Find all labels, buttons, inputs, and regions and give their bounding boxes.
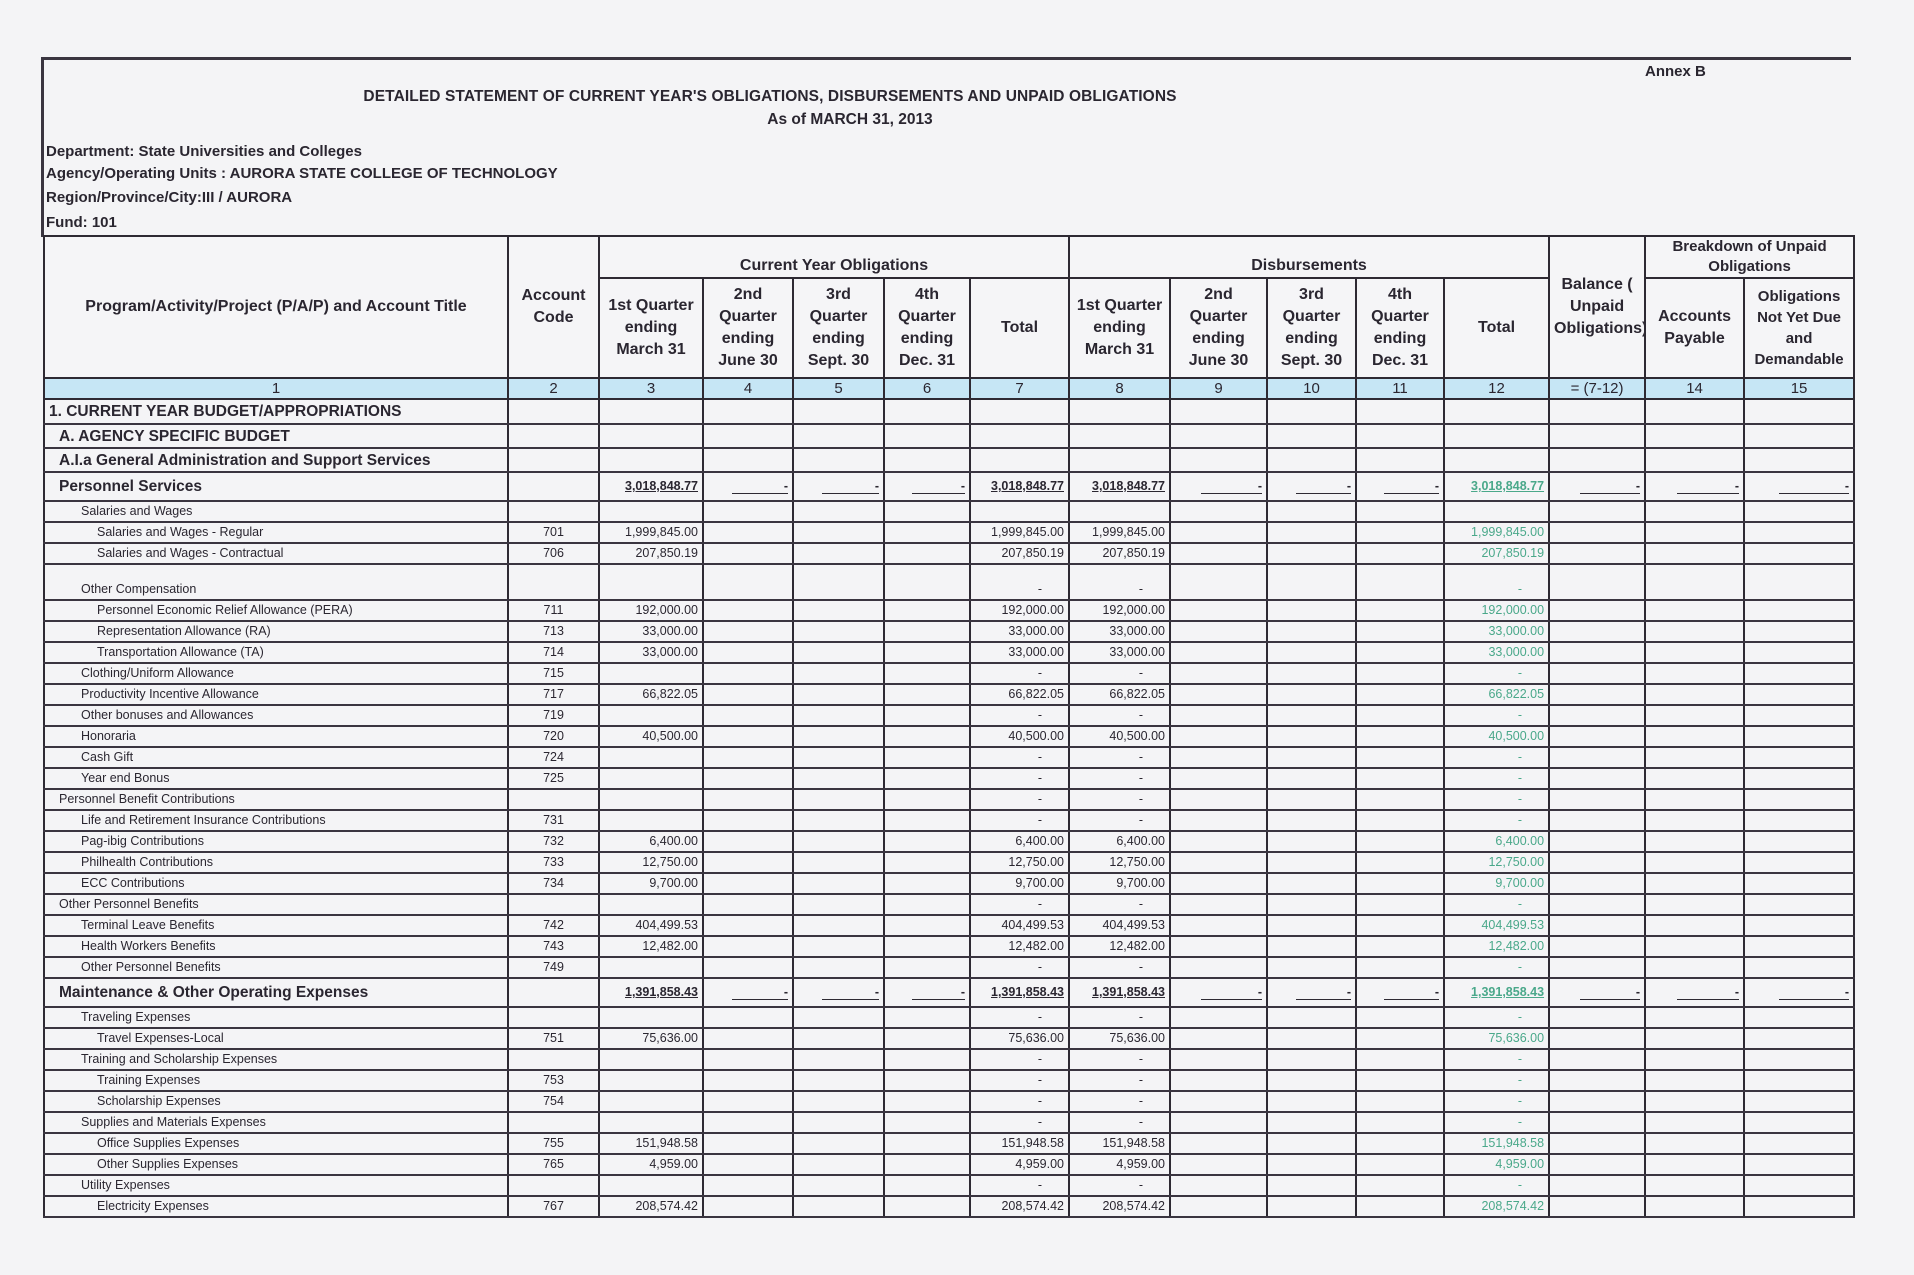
cell-col-3: 151,948.58 — [599, 1133, 703, 1154]
account-title: Utility Expenses — [44, 1175, 508, 1196]
column-number: 14 — [1645, 378, 1744, 399]
cell-col-15 — [1744, 501, 1854, 522]
cell-col-12: - — [1444, 663, 1549, 684]
cell-col-6 — [884, 684, 970, 705]
cell-col-4 — [703, 399, 793, 424]
account-code: 755 — [508, 1133, 599, 1154]
cell-col-9: - — [1170, 978, 1267, 1007]
cell-col-11 — [1356, 448, 1444, 472]
account-title: Training Expenses — [44, 1070, 508, 1091]
cell-col-9 — [1170, 564, 1267, 600]
cell-col-7: 9,700.00 — [970, 873, 1069, 894]
column-number: 8 — [1069, 378, 1170, 399]
account-title: Pag-ibig Contributions — [44, 831, 508, 852]
account-code: 725 — [508, 768, 599, 789]
cell-col-14 — [1645, 642, 1744, 663]
cell-col-15 — [1744, 1112, 1854, 1133]
cell-col-9 — [1170, 810, 1267, 831]
account-code: 713 — [508, 621, 599, 642]
cell-col-3: 404,499.53 — [599, 915, 703, 936]
left-frame-rule — [41, 57, 44, 237]
account-title: A. AGENCY SPECIFIC BUDGET — [44, 424, 508, 448]
cell-col-8: 207,850.19 — [1069, 543, 1170, 564]
cell-col-13 — [1549, 642, 1645, 663]
cell-col-15 — [1744, 873, 1854, 894]
cell-col-10 — [1267, 448, 1356, 472]
cell-col-10 — [1267, 1112, 1356, 1133]
header-not-yet-due: Obligations Not Yet Due and Demandable — [1744, 278, 1854, 378]
cell-col-4 — [703, 873, 793, 894]
cell-col-12: 4,959.00 — [1444, 1154, 1549, 1175]
cell-col-14 — [1645, 768, 1744, 789]
account-title: Transportation Allowance (TA) — [44, 642, 508, 663]
cell-col-6: - — [884, 978, 970, 1007]
cell-col-12: - — [1444, 1112, 1549, 1133]
cell-col-3 — [599, 564, 703, 600]
cell-col-5: - — [793, 472, 884, 501]
cell-col-4: - — [703, 978, 793, 1007]
account-code: 717 — [508, 684, 599, 705]
table-row: Cash Gift724--- — [44, 747, 1854, 768]
cell-col-10: - — [1267, 978, 1356, 1007]
cell-col-15: - — [1744, 978, 1854, 1007]
cell-col-4 — [703, 1070, 793, 1091]
cell-col-8: 33,000.00 — [1069, 621, 1170, 642]
document-date: As of MARCH 31, 2013 — [0, 111, 1700, 129]
table-row: Training and Scholarship Expenses--- — [44, 1049, 1854, 1070]
account-title: Personnel Services — [44, 472, 508, 501]
cell-col-11 — [1356, 789, 1444, 810]
header-disb-total: Total — [1444, 278, 1549, 378]
cell-col-14 — [1645, 1175, 1744, 1196]
cell-col-4 — [703, 522, 793, 543]
cell-col-12: - — [1444, 1091, 1549, 1112]
cell-col-8: 1,999,845.00 — [1069, 522, 1170, 543]
cell-col-7: - — [970, 894, 1069, 915]
cell-col-14 — [1645, 915, 1744, 936]
table-row: ECC Contributions7349,700.009,700.009,70… — [44, 873, 1854, 894]
cell-col-6 — [884, 1007, 970, 1028]
cell-col-3 — [599, 705, 703, 726]
cell-col-6 — [884, 1196, 970, 1217]
account-code — [508, 1112, 599, 1133]
nil-dash: - — [822, 479, 879, 494]
table-row: Personnel Services3,018,848.77---3,018,8… — [44, 472, 1854, 501]
cell-col-14 — [1645, 399, 1744, 424]
cell-col-7: 1,391,858.43 — [970, 978, 1069, 1007]
cell-col-15 — [1744, 1007, 1854, 1028]
cell-col-12: - — [1444, 957, 1549, 978]
cell-col-15 — [1744, 424, 1854, 448]
cell-col-12: - — [1444, 1175, 1549, 1196]
cell-col-4 — [703, 1175, 793, 1196]
cell-col-5 — [793, 1154, 884, 1175]
cell-col-11 — [1356, 1028, 1444, 1049]
cell-col-14 — [1645, 1091, 1744, 1112]
cell-col-11 — [1356, 424, 1444, 448]
cell-col-12: 75,636.00 — [1444, 1028, 1549, 1049]
account-code — [508, 399, 599, 424]
statement-table: Program/Activity/Project (P/A/P) and Acc… — [43, 235, 1855, 1218]
cell-col-8 — [1069, 424, 1170, 448]
cell-col-4 — [703, 448, 793, 472]
account-code: 719 — [508, 705, 599, 726]
cell-col-13 — [1549, 564, 1645, 600]
column-number: 3 — [599, 378, 703, 399]
cell-col-13 — [1549, 600, 1645, 621]
cell-col-12: - — [1444, 705, 1549, 726]
account-code: 732 — [508, 831, 599, 852]
cell-col-7: - — [970, 663, 1069, 684]
cell-col-14 — [1645, 448, 1744, 472]
cell-col-9 — [1170, 936, 1267, 957]
cell-col-14: - — [1645, 978, 1744, 1007]
statement-body: 1. CURRENT YEAR BUDGET/APPROPRIATIONSA. … — [44, 399, 1854, 1217]
cell-col-7 — [970, 501, 1069, 522]
cell-col-12: 192,000.00 — [1444, 600, 1549, 621]
account-title: Traveling Expenses — [44, 1007, 508, 1028]
cell-col-10: - — [1267, 472, 1356, 501]
cell-col-8: 40,500.00 — [1069, 726, 1170, 747]
cell-col-12 — [1444, 501, 1549, 522]
cell-col-7: 3,018,848.77 — [970, 472, 1069, 501]
header-disb-q1: 1st Quarter ending March 31 — [1069, 278, 1170, 378]
cell-col-10 — [1267, 564, 1356, 600]
cell-col-4 — [703, 424, 793, 448]
account-title: Other Personnel Benefits — [44, 957, 508, 978]
cell-col-11: - — [1356, 472, 1444, 501]
account-title: Maintenance & Other Operating Expenses — [44, 978, 508, 1007]
cell-col-7: - — [970, 747, 1069, 768]
cell-col-14 — [1645, 705, 1744, 726]
cell-col-12: 33,000.00 — [1444, 621, 1549, 642]
cell-col-9 — [1170, 705, 1267, 726]
cell-col-10 — [1267, 522, 1356, 543]
account-code — [508, 448, 599, 472]
cell-col-5 — [793, 705, 884, 726]
cell-col-4 — [703, 1091, 793, 1112]
table-row: Training Expenses753--- — [44, 1070, 1854, 1091]
cell-col-5 — [793, 726, 884, 747]
cell-col-5: - — [793, 978, 884, 1007]
cell-col-3: 33,000.00 — [599, 642, 703, 663]
cell-col-15 — [1744, 768, 1854, 789]
cell-col-11 — [1356, 1133, 1444, 1154]
table-row: Personnel Benefit Contributions--- — [44, 789, 1854, 810]
cell-col-6 — [884, 621, 970, 642]
cell-col-12: 9,700.00 — [1444, 873, 1549, 894]
cell-col-9 — [1170, 831, 1267, 852]
cell-col-15 — [1744, 1175, 1854, 1196]
cell-col-3: 3,018,848.77 — [599, 472, 703, 501]
cell-col-7: 33,000.00 — [970, 642, 1069, 663]
column-number: 2 — [508, 378, 599, 399]
cell-col-12: - — [1444, 810, 1549, 831]
cell-col-10 — [1267, 705, 1356, 726]
cell-col-14 — [1645, 501, 1744, 522]
cell-col-8: - — [1069, 663, 1170, 684]
cell-col-4 — [703, 663, 793, 684]
nil-dash: - — [1384, 985, 1439, 1000]
cell-col-13 — [1549, 1154, 1645, 1175]
cell-col-7: - — [970, 1070, 1069, 1091]
account-title: A.I.a General Administration and Support… — [44, 448, 508, 472]
cell-col-9 — [1170, 621, 1267, 642]
cell-col-14 — [1645, 726, 1744, 747]
column-number: 1 — [44, 378, 508, 399]
cell-col-10 — [1267, 810, 1356, 831]
cell-col-4 — [703, 957, 793, 978]
cell-col-4 — [703, 501, 793, 522]
table-row: 1. CURRENT YEAR BUDGET/APPROPRIATIONS — [44, 399, 1854, 424]
header-obl-q1: 1st Quarter ending March 31 — [599, 278, 703, 378]
cell-col-14 — [1645, 1007, 1744, 1028]
cell-col-3: 12,750.00 — [599, 852, 703, 873]
cell-col-12: 40,500.00 — [1444, 726, 1549, 747]
cell-col-6 — [884, 399, 970, 424]
cell-col-7: 12,750.00 — [970, 852, 1069, 873]
cell-col-4 — [703, 600, 793, 621]
cell-col-11 — [1356, 873, 1444, 894]
agency-line: Agency/Operating Units : AURORA STATE CO… — [46, 165, 558, 182]
cell-col-8: 3,018,848.77 — [1069, 472, 1170, 501]
cell-col-15: - — [1744, 472, 1854, 501]
account-code: 742 — [508, 915, 599, 936]
cell-col-4 — [703, 726, 793, 747]
cell-col-8: 66,822.05 — [1069, 684, 1170, 705]
cell-col-4 — [703, 852, 793, 873]
cell-col-3 — [599, 1112, 703, 1133]
nil-dash: - — [732, 479, 788, 494]
cell-col-4 — [703, 789, 793, 810]
cell-col-8: 6,400.00 — [1069, 831, 1170, 852]
account-title: Personnel Economic Relief Allowance (PER… — [44, 600, 508, 621]
cell-col-5 — [793, 894, 884, 915]
cell-col-13 — [1549, 1007, 1645, 1028]
cell-col-9 — [1170, 1028, 1267, 1049]
cell-col-5 — [793, 424, 884, 448]
cell-col-11 — [1356, 399, 1444, 424]
cell-col-4 — [703, 1112, 793, 1133]
account-code: 714 — [508, 642, 599, 663]
cell-col-5 — [793, 684, 884, 705]
account-code: 749 — [508, 957, 599, 978]
cell-col-6 — [884, 564, 970, 600]
cell-col-10 — [1267, 600, 1356, 621]
cell-col-4 — [703, 564, 793, 600]
header-obl-total: Total — [970, 278, 1069, 378]
cell-col-11 — [1356, 894, 1444, 915]
account-code: 765 — [508, 1154, 599, 1175]
column-number: 11 — [1356, 378, 1444, 399]
nil-dash: - — [1296, 985, 1351, 1000]
cell-col-10 — [1267, 726, 1356, 747]
account-code: 743 — [508, 936, 599, 957]
cell-col-5 — [793, 1112, 884, 1133]
cell-col-11 — [1356, 684, 1444, 705]
cell-col-10 — [1267, 621, 1356, 642]
cell-col-3 — [599, 501, 703, 522]
cell-col-9 — [1170, 1049, 1267, 1070]
cell-col-8: - — [1069, 1091, 1170, 1112]
cell-col-7: - — [970, 789, 1069, 810]
cell-col-13 — [1549, 1070, 1645, 1091]
cell-col-6 — [884, 600, 970, 621]
cell-col-12: 33,000.00 — [1444, 642, 1549, 663]
cell-col-13 — [1549, 1175, 1645, 1196]
cell-col-8: - — [1069, 1049, 1170, 1070]
cell-col-5 — [793, 600, 884, 621]
cell-col-5 — [793, 957, 884, 978]
cell-col-9 — [1170, 448, 1267, 472]
cell-col-14 — [1645, 1049, 1744, 1070]
account-code: 724 — [508, 747, 599, 768]
cell-col-14 — [1645, 957, 1744, 978]
cell-col-8: - — [1069, 957, 1170, 978]
nil-dash: - — [1779, 985, 1849, 1000]
cell-col-4 — [703, 705, 793, 726]
cell-col-13 — [1549, 1028, 1645, 1049]
cell-col-15 — [1744, 1133, 1854, 1154]
account-code — [508, 978, 599, 1007]
cell-col-12: 1,999,845.00 — [1444, 522, 1549, 543]
cell-col-13 — [1549, 705, 1645, 726]
account-code: 753 — [508, 1070, 599, 1091]
cell-col-14 — [1645, 1154, 1744, 1175]
cell-col-12: - — [1444, 1049, 1549, 1070]
cell-col-5 — [793, 936, 884, 957]
cell-col-4 — [703, 1049, 793, 1070]
cell-col-6 — [884, 1112, 970, 1133]
cell-col-5 — [793, 915, 884, 936]
column-number: 5 — [793, 378, 884, 399]
cell-col-15 — [1744, 1028, 1854, 1049]
cell-col-9 — [1170, 1133, 1267, 1154]
cell-col-5 — [793, 873, 884, 894]
column-number: 7 — [970, 378, 1069, 399]
cell-col-7: 208,574.42 — [970, 1196, 1069, 1217]
cell-col-3: 4,959.00 — [599, 1154, 703, 1175]
cell-col-5 — [793, 399, 884, 424]
cell-col-13 — [1549, 663, 1645, 684]
cell-col-9 — [1170, 852, 1267, 873]
column-number: 9 — [1170, 378, 1267, 399]
cell-col-7: - — [970, 1049, 1069, 1070]
nil-dash: - — [1201, 479, 1262, 494]
cell-col-5 — [793, 663, 884, 684]
cell-col-8: - — [1069, 789, 1170, 810]
cell-col-8: - — [1069, 1112, 1170, 1133]
cell-col-11 — [1356, 810, 1444, 831]
account-code — [508, 424, 599, 448]
cell-col-10 — [1267, 894, 1356, 915]
cell-col-13 — [1549, 1112, 1645, 1133]
cell-col-5 — [793, 831, 884, 852]
nil-dash: - — [732, 985, 788, 1000]
cell-col-4 — [703, 831, 793, 852]
cell-col-13 — [1549, 543, 1645, 564]
cell-col-11 — [1356, 747, 1444, 768]
cell-col-5 — [793, 768, 884, 789]
cell-col-5 — [793, 642, 884, 663]
cell-col-3: 1,999,845.00 — [599, 522, 703, 543]
column-number: 10 — [1267, 378, 1356, 399]
table-row: Scholarship Expenses754--- — [44, 1091, 1854, 1112]
cell-col-12 — [1444, 399, 1549, 424]
table-row: Terminal Leave Benefits742404,499.53404,… — [44, 915, 1854, 936]
cell-col-6 — [884, 915, 970, 936]
cell-col-10 — [1267, 1154, 1356, 1175]
cell-col-3 — [599, 810, 703, 831]
cell-col-7 — [970, 448, 1069, 472]
cell-col-6 — [884, 663, 970, 684]
cell-col-4 — [703, 642, 793, 663]
cell-col-3 — [599, 448, 703, 472]
cell-col-8: 404,499.53 — [1069, 915, 1170, 936]
cell-col-3: 1,391,858.43 — [599, 978, 703, 1007]
column-number: 4 — [703, 378, 793, 399]
cell-col-7: 66,822.05 — [970, 684, 1069, 705]
cell-col-11 — [1356, 768, 1444, 789]
cell-col-11 — [1356, 852, 1444, 873]
cell-col-3 — [599, 424, 703, 448]
cell-col-6 — [884, 448, 970, 472]
account-title: Honoraria — [44, 726, 508, 747]
cell-col-10 — [1267, 1028, 1356, 1049]
cell-col-9 — [1170, 399, 1267, 424]
cell-col-7: 404,499.53 — [970, 915, 1069, 936]
cell-col-9 — [1170, 1175, 1267, 1196]
cell-col-8: 33,000.00 — [1069, 642, 1170, 663]
cell-col-15 — [1744, 705, 1854, 726]
cell-col-7: - — [970, 1007, 1069, 1028]
cell-col-8: 12,482.00 — [1069, 936, 1170, 957]
cell-col-3: 66,822.05 — [599, 684, 703, 705]
cell-col-5 — [793, 810, 884, 831]
annex-label: Annex B — [1645, 63, 1706, 80]
cell-col-14 — [1645, 1070, 1744, 1091]
cell-col-12: - — [1444, 1007, 1549, 1028]
cell-col-13 — [1549, 399, 1645, 424]
cell-col-9 — [1170, 915, 1267, 936]
cell-col-5 — [793, 1133, 884, 1154]
nil-dash: - — [1296, 479, 1351, 494]
cell-col-13 — [1549, 1049, 1645, 1070]
header-disbursements: Disbursements — [1069, 236, 1549, 278]
cell-col-4 — [703, 1028, 793, 1049]
cell-col-6 — [884, 789, 970, 810]
cell-col-13 — [1549, 915, 1645, 936]
cell-col-15 — [1744, 957, 1854, 978]
cell-col-15 — [1744, 747, 1854, 768]
cell-col-12 — [1444, 424, 1549, 448]
cell-col-8: 208,574.42 — [1069, 1196, 1170, 1217]
cell-col-5 — [793, 1007, 884, 1028]
cell-col-7: - — [970, 1175, 1069, 1196]
cell-col-6 — [884, 705, 970, 726]
cell-col-8: - — [1069, 768, 1170, 789]
cell-col-11 — [1356, 1112, 1444, 1133]
cell-col-3: 12,482.00 — [599, 936, 703, 957]
cell-col-9 — [1170, 1154, 1267, 1175]
cell-col-14 — [1645, 424, 1744, 448]
cell-col-6 — [884, 936, 970, 957]
cell-col-13 — [1549, 522, 1645, 543]
cell-col-12: 208,574.42 — [1444, 1196, 1549, 1217]
cell-col-9 — [1170, 424, 1267, 448]
cell-col-4: - — [703, 472, 793, 501]
cell-col-6 — [884, 642, 970, 663]
